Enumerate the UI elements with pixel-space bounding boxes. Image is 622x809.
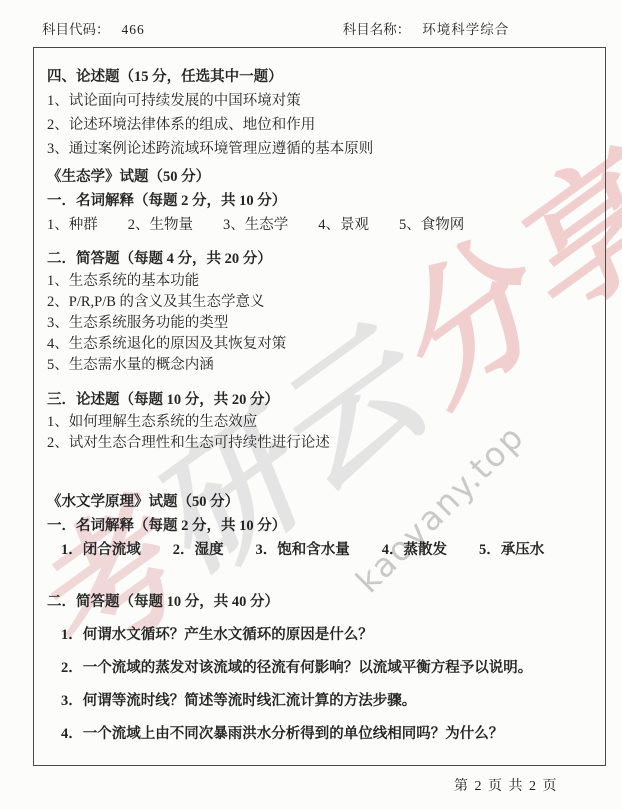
hydrology-question-3: 3．何谓等流时线？简述等流时线汇流计算的方法步骤。 xyxy=(47,689,593,713)
ecology-title: 《生态学》试题（50 分） xyxy=(47,165,593,189)
part4-item-3: 3、通过案例论述跨流域环境管理应遵循的基本原则 xyxy=(47,137,593,161)
hydrology-terms-heading: 一．名词解释（每题 2 分，共 10 分） xyxy=(47,514,593,538)
hydrology-terms-row: 1．闭合流域 2．湿度 3．饱和含水量 4．蒸散发 5．承压水 xyxy=(47,538,593,562)
hydrology-question-4: 4．一个流域上由不同次暴雨洪水分析得到的单位线相同吗？为什么？ xyxy=(47,722,593,746)
page-header: 科目代码： 466 科目名称： 环境科学综合 xyxy=(42,18,602,38)
ecology-short-answer-3: 3、生态系统服务功能的类型 xyxy=(47,313,593,334)
hydrology-term-5: 5．承压水 xyxy=(479,538,544,562)
ecology-short-answer-2: 2、P/R,P/B 的含义及其生态学意义 xyxy=(47,292,593,313)
ecology-short-answer-4: 4、生态系统退化的原因及其恢复对策 xyxy=(47,334,593,355)
ecology-short-answer-1: 1、生态系统的基本功能 xyxy=(47,271,593,292)
part4-item-1: 1、试论面向可持续发展的中国环境对策 xyxy=(47,89,593,113)
ecology-term-5: 5、食物网 xyxy=(399,213,464,237)
ecology-term-1: 1、种群 xyxy=(47,213,98,237)
hydrology-question-2: 2．一个流域的蒸发对该流域的径流有何影响？以流域平衡方程予以说明。 xyxy=(47,656,593,680)
hydrology-term-2: 2．湿度 xyxy=(173,538,224,562)
ecology-essay-2: 2、试对生态合理性和生态可持续性进行论述 xyxy=(47,433,593,454)
part4-item-2: 2、论述环境法律体系的组成、地位和作用 xyxy=(47,113,593,137)
hydrology-term-4: 4．蒸散发 xyxy=(382,538,447,562)
ecology-term-4: 4、景观 xyxy=(318,213,369,237)
subject-code-value: 466 xyxy=(122,22,145,38)
ecology-terms-row: 1、种群 2、生物量 3、生态学 4、景观 5、食物网 xyxy=(47,213,593,237)
page-footer: 第 2 页 共 2 页 xyxy=(454,775,558,795)
subject-code-label: 科目代码： xyxy=(42,18,110,38)
hydrology-term-3: 3．饱和含水量 xyxy=(256,538,350,562)
ecology-term-2: 2、生物量 xyxy=(128,213,193,237)
ecology-terms-heading: 一．名词解释（每题 2 分，共 10 分） xyxy=(47,189,593,213)
part4-heading: 四、论述题（15 分，任选其中一题） xyxy=(47,65,593,89)
question-box: 四、论述题（15 分，任选其中一题） 1、试论面向可持续发展的中国环境对策 2、… xyxy=(33,47,606,766)
ecology-term-3: 3、生态学 xyxy=(223,213,288,237)
hydrology-short-answers-heading: 二．简答题（每题 10 分，共 40 分） xyxy=(47,590,593,614)
hydrology-title: 《水文学原理》试题（50 分） xyxy=(47,490,593,514)
hydrology-question-1: 1．何谓水文循环？产生水文循环的原因是什么？ xyxy=(47,623,593,647)
ecology-essay-1: 1、如何理解生态系统的生态效应 xyxy=(47,412,593,433)
ecology-short-answer-5: 5、生态需水量的概念内涵 xyxy=(47,355,593,376)
ecology-short-answers-heading: 二．简答题（每题 4 分，共 20 分） xyxy=(47,247,593,271)
subject-name-value: 环境科学综合 xyxy=(422,18,509,38)
ecology-essays-heading: 三．论述题（每题 10 分，共 20 分） xyxy=(47,388,593,412)
hydrology-term-1: 1．闭合流域 xyxy=(61,538,141,562)
subject-name-label: 科目名称： xyxy=(343,18,411,38)
